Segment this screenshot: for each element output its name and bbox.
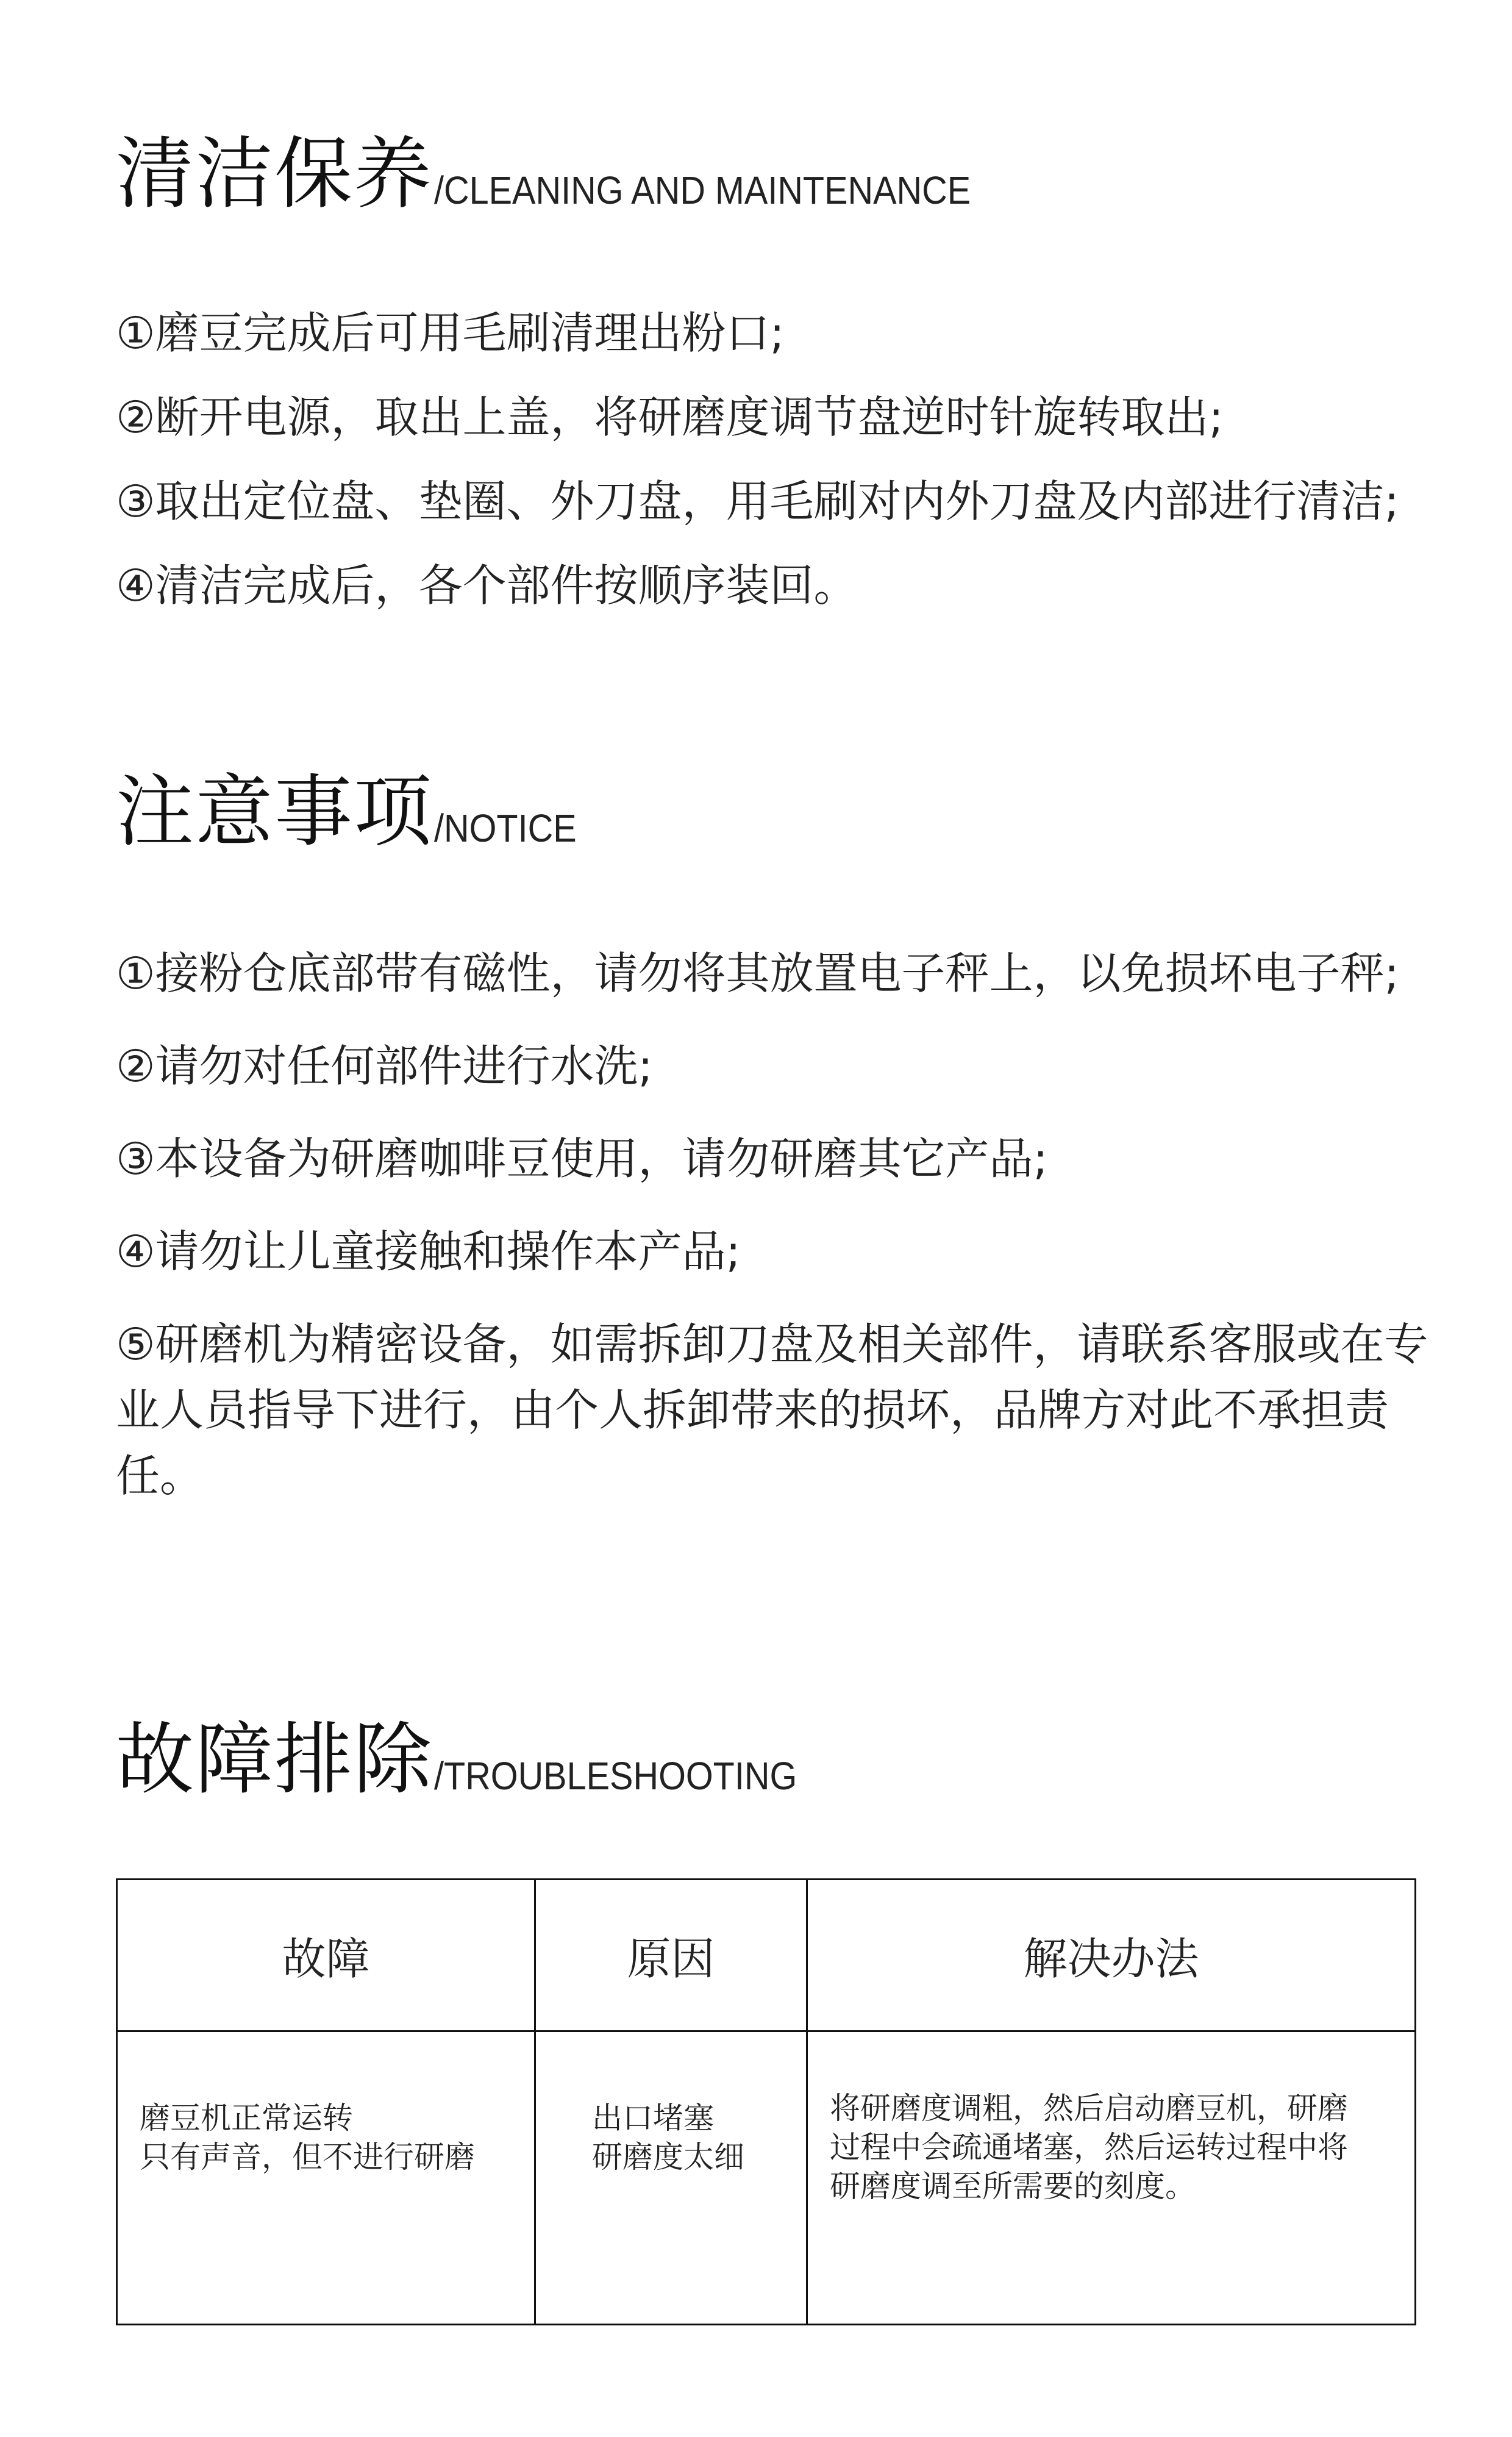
cleaning-title-cn: 清洁保养 — [116, 135, 433, 213]
notice-item: ②请勿对任何部件进行水洗; — [116, 1044, 1433, 1088]
cause-line: 出口堵塞 — [592, 2099, 784, 2138]
notice-title-cn: 注意事项 — [116, 773, 433, 851]
table-header-row: 故障 原因 解决办法 — [117, 1880, 1416, 2031]
cleaning-heading: 清洁保养 /CLEANING AND MAINTENANCE — [116, 135, 1030, 213]
header-cause: 原因 — [535, 1880, 807, 2031]
solution-line: 过程中会疏通堵塞，然后运转过程中将 — [830, 2128, 1393, 2167]
cleaning-title-en: /CLEANING AND MAINTENANCE — [434, 171, 971, 213]
cleaning-step: ①磨豆完成后可用毛刷清理出粉口; — [116, 311, 1399, 355]
notice-item: ④请勿让儿童接触和操作本产品; — [116, 1229, 1433, 1273]
cleaning-step: ②断开电源，取出上盖，将研磨度调节盘逆时针旋转取出; — [116, 395, 1399, 439]
troubleshooting-title-en: /TROUBLESHOOTING — [434, 1756, 797, 1799]
notice-item: ③本设备为研磨咖啡豆使用，请勿研磨其它产品; — [116, 1137, 1433, 1181]
fault-line: 只有声音，但不进行研磨 — [140, 2138, 512, 2177]
notice-heading: 注意事项 /NOTICE — [116, 773, 593, 851]
solution-line: 研磨度调至所需要的刻度。 — [830, 2167, 1393, 2206]
notice-item: ⑤研磨机为精密设备，如需拆卸刀盘及相关部件，请联系客服或在专业人员指导下进行，由… — [116, 1311, 1433, 1509]
notice-title-en: /NOTICE — [434, 809, 577, 851]
troubleshooting-title-cn: 故障排除 — [116, 1721, 433, 1799]
notice-list: ①接粉仓底部带有磁性，请勿将其放置电子秤上，以免损坏电子秤; ②请勿对任何部件进… — [116, 951, 1433, 1558]
solution-line: 将研磨度调粗，然后启动磨豆机，研磨 — [830, 2089, 1393, 2128]
cleaning-step: ④清洁完成后，各个部件按顺序装回。 — [116, 564, 1399, 607]
table-row: 磨豆机正常运转 只有声音，但不进行研磨 出口堵塞 研磨度太细 将研磨度调粗，然后… — [117, 2031, 1416, 2325]
notice-item: ①接粉仓底部带有磁性，请勿将其放置电子秤上，以免损坏电子秤; — [116, 951, 1433, 995]
fault-line: 磨豆机正常运转 — [140, 2099, 512, 2138]
cleaning-steps-list: ①磨豆完成后可用毛刷清理出粉口; ②断开电源，取出上盖，将研磨度调节盘逆时针旋转… — [116, 311, 1399, 648]
header-solution: 解决办法 — [807, 1880, 1416, 2031]
cell-cause: 出口堵塞 研磨度太细 — [535, 2031, 807, 2325]
cleaning-step: ③取出定位盘、垫圈、外刀盘，用毛刷对内外刀盘及内部进行清洁; — [116, 479, 1399, 523]
troubleshooting-heading: 故障排除 /TROUBLESHOOTING — [116, 1721, 837, 1799]
cell-fault: 磨豆机正常运转 只有声音，但不进行研磨 — [117, 2031, 535, 2325]
cause-line: 研磨度太细 — [592, 2138, 784, 2177]
troubleshooting-table: 故障 原因 解决办法 磨豆机正常运转 只有声音，但不进行研磨 出口堵塞 研磨度太… — [116, 1878, 1416, 2325]
cell-solution: 将研磨度调粗，然后启动磨豆机，研磨 过程中会疏通堵塞，然后运转过程中将 研磨度调… — [807, 2031, 1416, 2325]
header-fault: 故障 — [117, 1880, 535, 2031]
